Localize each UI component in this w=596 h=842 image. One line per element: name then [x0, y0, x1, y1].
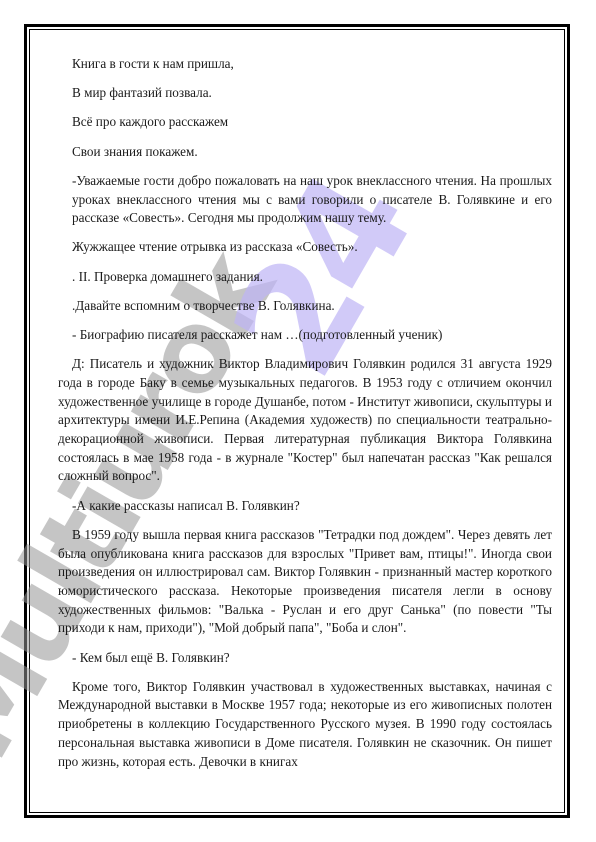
document-body: Книга в гости к нам пришла, В мир фантаз… [58, 55, 552, 782]
biography-prompt: - Биографию писателя расскажет нам …(под… [58, 326, 552, 345]
verse-line-3: Всё про каждого расскажем [58, 113, 552, 132]
who-answer-paragraph: Кроме того, Виктор Голявкин участвовал в… [58, 678, 552, 772]
biography-paragraph: Д: Писатель и художник Виктор Владимиров… [58, 355, 552, 486]
verse-line-2: В мир фантазий позвала. [58, 84, 552, 103]
question-who: - Кем был ещё В. Голявкин? [58, 649, 552, 668]
recall-prompt: .Давайте вспомним о творчестве В. Голявк… [58, 297, 552, 316]
verse-line-4: Свои знания покажем. [58, 143, 552, 162]
reading-task: Жужжащее чтение отрывка из рассказа «Сов… [58, 238, 552, 257]
stories-answer-paragraph: В 1959 году вышла первая книга рассказов… [58, 526, 552, 638]
greeting-paragraph: -Уважаемые гости добро пожаловать на наш… [58, 172, 552, 228]
section-heading-homework: . II. Проверка домашнего задания. [58, 268, 552, 287]
verse-line-1: Книга в гости к нам пришла, [58, 55, 552, 74]
question-stories: -А какие рассказы написал В. Голявкин? [58, 497, 552, 516]
